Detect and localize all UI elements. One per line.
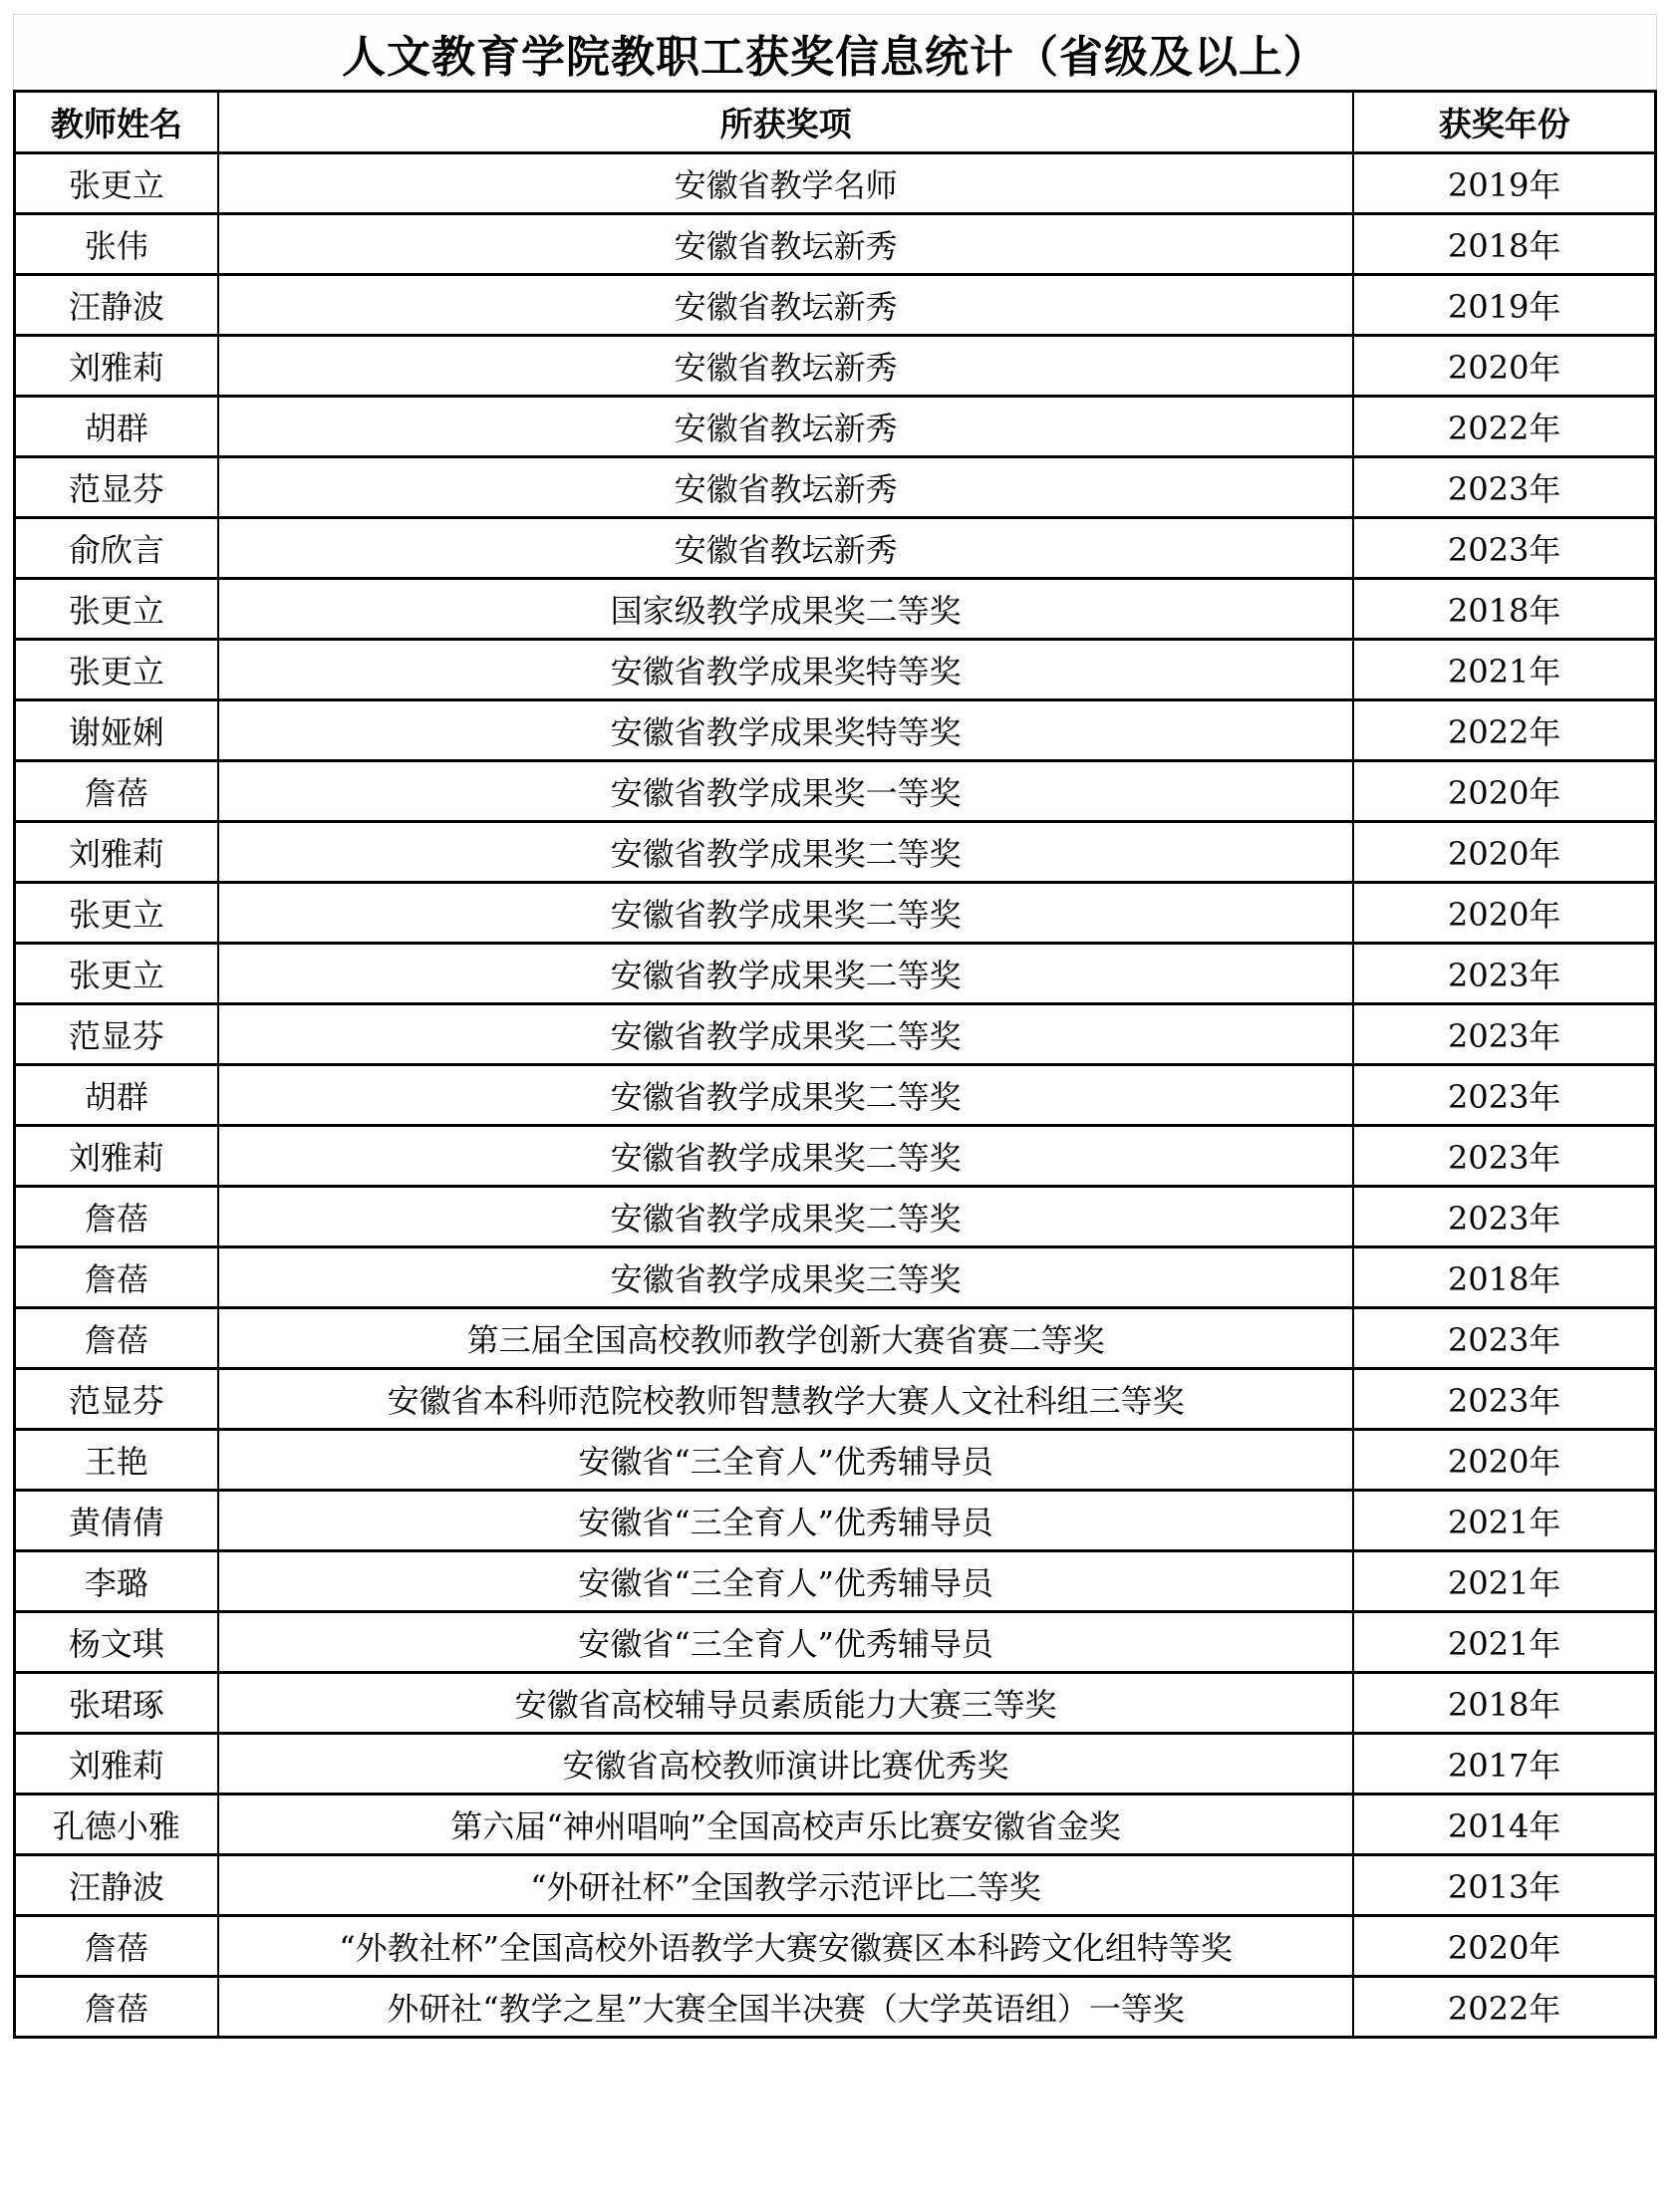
- table-body: 张更立 安徽省教学名师 2019年 张伟 安徽省教坛新秀 2018年 汪静波 安…: [15, 153, 1656, 2038]
- cell-year: 2018年: [1353, 1247, 1655, 1308]
- cell-year: 2021年: [1353, 640, 1655, 700]
- cell-year: 2013年: [1353, 1855, 1655, 1916]
- table-row: 范显芬 安徽省本科师范院校教师智慧教学大赛人文社科组三等奖 2023年: [15, 1369, 1656, 1430]
- cell-award: 国家级教学成果奖二等奖: [218, 579, 1354, 640]
- cell-teacher-name: 张更立: [15, 579, 218, 640]
- table-row: 刘雅莉 安徽省教学成果奖二等奖 2023年: [15, 1126, 1656, 1187]
- cell-teacher-name: 范显芬: [15, 457, 218, 518]
- cell-year: 2023年: [1353, 1065, 1655, 1126]
- cell-award: 安徽省高校教师演讲比赛优秀奖: [218, 1734, 1354, 1795]
- cell-award: 安徽省教学成果奖二等奖: [218, 944, 1354, 1004]
- table-row: 杨文琪 安徽省“三全育人”优秀辅导员 2021年: [15, 1612, 1656, 1673]
- table-row: 范显芬 安徽省教坛新秀 2023年: [15, 457, 1656, 518]
- cell-award: 安徽省教坛新秀: [218, 397, 1354, 457]
- cell-award: 安徽省教学名师: [218, 153, 1354, 214]
- cell-award: 安徽省本科师范院校教师智慧教学大赛人文社科组三等奖: [218, 1369, 1354, 1430]
- cell-year: 2020年: [1353, 336, 1655, 397]
- cell-year: 2023年: [1353, 518, 1655, 579]
- cell-teacher-name: 俞欣言: [15, 518, 218, 579]
- cell-year: 2023年: [1353, 1308, 1655, 1369]
- cell-award: 第三届全国高校教师教学创新大赛省赛二等奖: [218, 1308, 1354, 1369]
- cell-award: 安徽省教学成果奖特等奖: [218, 640, 1354, 700]
- table-row: 孔德小雅 第六届“神州唱响”全国高校声乐比赛安徽省金奖 2014年: [15, 1795, 1656, 1855]
- table-row: 张伟 安徽省教坛新秀 2018年: [15, 214, 1656, 275]
- cell-year: 2022年: [1353, 1977, 1655, 2038]
- cell-award: 安徽省教坛新秀: [218, 275, 1354, 336]
- cell-award: 安徽省教学成果奖二等奖: [218, 822, 1354, 883]
- cell-teacher-name: 张珺琢: [15, 1673, 218, 1734]
- table-row: 张更立 安徽省教学成果奖特等奖 2021年: [15, 640, 1656, 700]
- cell-award: 安徽省“三全育人”优秀辅导员: [218, 1612, 1354, 1673]
- table-row: 詹蓓 外研社“教学之星”大赛全国半决赛（大学英语组）一等奖 2022年: [15, 1977, 1656, 2038]
- cell-award: 安徽省教学成果奖三等奖: [218, 1247, 1354, 1308]
- table-row: 张更立 安徽省教学成果奖二等奖 2020年: [15, 883, 1656, 944]
- table-row: 谢娅娳 安徽省教学成果奖特等奖 2022年: [15, 700, 1656, 761]
- cell-award: 安徽省教坛新秀: [218, 336, 1354, 397]
- cell-year: 2020年: [1353, 1430, 1655, 1491]
- table-row: 詹蓓 安徽省教学成果奖一等奖 2020年: [15, 761, 1656, 822]
- cell-award: 安徽省教学成果奖特等奖: [218, 700, 1354, 761]
- cell-year: 2021年: [1353, 1491, 1655, 1551]
- cell-teacher-name: 汪静波: [15, 1855, 218, 1916]
- awards-table: 教师姓名 所获奖项 获奖年份 张更立 安徽省教学名师 2019年 张伟 安徽省教…: [13, 90, 1657, 2039]
- table-row: 张珺琢 安徽省高校辅导员素质能力大赛三等奖 2018年: [15, 1673, 1656, 1734]
- cell-teacher-name: 刘雅莉: [15, 336, 218, 397]
- cell-teacher-name: 张更立: [15, 944, 218, 1004]
- cell-year: 2019年: [1353, 275, 1655, 336]
- header-award: 所获奖项: [218, 92, 1354, 153]
- header-teacher-name: 教师姓名: [15, 92, 218, 153]
- awards-table-area: 人文教育学院教职工获奖信息统计（省级及以上） 教师姓名 所获奖项 获奖年份 张更…: [13, 14, 1657, 2039]
- table-row: 张更立 安徽省教学成果奖二等奖 2023年: [15, 944, 1656, 1004]
- cell-year: 2018年: [1353, 579, 1655, 640]
- cell-teacher-name: 汪静波: [15, 275, 218, 336]
- cell-year: 2021年: [1353, 1612, 1655, 1673]
- table-row: 刘雅莉 安徽省高校教师演讲比赛优秀奖 2017年: [15, 1734, 1656, 1795]
- cell-award: 安徽省教学成果奖二等奖: [218, 1126, 1354, 1187]
- table-row: 刘雅莉 安徽省教学成果奖二等奖 2020年: [15, 822, 1656, 883]
- cell-year: 2020年: [1353, 822, 1655, 883]
- cell-year: 2020年: [1353, 761, 1655, 822]
- cell-award: 第六届“神州唱响”全国高校声乐比赛安徽省金奖: [218, 1795, 1354, 1855]
- cell-year: 2020年: [1353, 883, 1655, 944]
- cell-award: 安徽省“三全育人”优秀辅导员: [218, 1491, 1354, 1551]
- cell-award: 安徽省教学成果奖二等奖: [218, 883, 1354, 944]
- table-row: 黄倩倩 安徽省“三全育人”优秀辅导员 2021年: [15, 1491, 1656, 1551]
- cell-year: 2017年: [1353, 1734, 1655, 1795]
- cell-year: 2020年: [1353, 1916, 1655, 1977]
- cell-teacher-name: 詹蓓: [15, 761, 218, 822]
- table-row: 李璐 安徽省“三全育人”优秀辅导员 2021年: [15, 1551, 1656, 1612]
- table-row: 俞欣言 安徽省教坛新秀 2023年: [15, 518, 1656, 579]
- cell-teacher-name: 詹蓓: [15, 1916, 218, 1977]
- cell-year: 2019年: [1353, 153, 1655, 214]
- cell-year: 2014年: [1353, 1795, 1655, 1855]
- table-row: 詹蓓 安徽省教学成果奖三等奖 2018年: [15, 1247, 1656, 1308]
- table-row: 王艳 安徽省“三全育人”优秀辅导员 2020年: [15, 1430, 1656, 1491]
- cell-year: 2023年: [1353, 1369, 1655, 1430]
- cell-year: 2023年: [1353, 944, 1655, 1004]
- table-row: 范显芬 安徽省教学成果奖二等奖 2023年: [15, 1004, 1656, 1065]
- cell-teacher-name: 刘雅莉: [15, 1734, 218, 1795]
- cell-teacher-name: 刘雅莉: [15, 1126, 218, 1187]
- cell-award: 安徽省“三全育人”优秀辅导员: [218, 1430, 1354, 1491]
- cell-award: 安徽省教学成果奖二等奖: [218, 1004, 1354, 1065]
- table-row: 詹蓓 安徽省教学成果奖二等奖 2023年: [15, 1187, 1656, 1247]
- cell-teacher-name: 詹蓓: [15, 1977, 218, 2038]
- cell-year: 2023年: [1353, 1004, 1655, 1065]
- cell-teacher-name: 张更立: [15, 640, 218, 700]
- cell-teacher-name: 张更立: [15, 153, 218, 214]
- cell-award: 安徽省教坛新秀: [218, 518, 1354, 579]
- cell-teacher-name: 胡群: [15, 397, 218, 457]
- header-year: 获奖年份: [1353, 92, 1655, 153]
- cell-year: 2023年: [1353, 457, 1655, 518]
- table-row: 张更立 安徽省教学名师 2019年: [15, 153, 1656, 214]
- cell-award: “外教社杯”全国高校外语教学大赛安徽赛区本科跨文化组特等奖: [218, 1916, 1354, 1977]
- table-row: 汪静波 “外研社杯”全国教学示范评比二等奖 2013年: [15, 1855, 1656, 1916]
- cell-teacher-name: 孔德小雅: [15, 1795, 218, 1855]
- cell-teacher-name: 詹蓓: [15, 1247, 218, 1308]
- cell-award: 外研社“教学之星”大赛全国半决赛（大学英语组）一等奖: [218, 1977, 1354, 2038]
- cell-teacher-name: 张伟: [15, 214, 218, 275]
- cell-year: 2022年: [1353, 397, 1655, 457]
- table-row: 胡群 安徽省教学成果奖二等奖 2023年: [15, 1065, 1656, 1126]
- cell-award: 安徽省教学成果奖一等奖: [218, 761, 1354, 822]
- page-title: 人文教育学院教职工获奖信息统计（省级及以上）: [13, 14, 1657, 90]
- cell-teacher-name: 胡群: [15, 1065, 218, 1126]
- table-row: 汪静波 安徽省教坛新秀 2019年: [15, 275, 1656, 336]
- cell-award: 安徽省“三全育人”优秀辅导员: [218, 1551, 1354, 1612]
- table-row: 詹蓓 “外教社杯”全国高校外语教学大赛安徽赛区本科跨文化组特等奖 2020年: [15, 1916, 1656, 1977]
- cell-award: “外研社杯”全国教学示范评比二等奖: [218, 1855, 1354, 1916]
- table-row: 张更立 国家级教学成果奖二等奖 2018年: [15, 579, 1656, 640]
- cell-teacher-name: 范显芬: [15, 1369, 218, 1430]
- cell-teacher-name: 刘雅莉: [15, 822, 218, 883]
- cell-teacher-name: 詹蓓: [15, 1187, 218, 1247]
- cell-award: 安徽省高校辅导员素质能力大赛三等奖: [218, 1673, 1354, 1734]
- cell-teacher-name: 杨文琪: [15, 1612, 218, 1673]
- table-row: 詹蓓 第三届全国高校教师教学创新大赛省赛二等奖 2023年: [15, 1308, 1656, 1369]
- cell-teacher-name: 王艳: [15, 1430, 218, 1491]
- cell-award: 安徽省教学成果奖二等奖: [218, 1187, 1354, 1247]
- cell-year: 2023年: [1353, 1187, 1655, 1247]
- cell-teacher-name: 詹蓓: [15, 1308, 218, 1369]
- table-row: 刘雅莉 安徽省教坛新秀 2020年: [15, 336, 1656, 397]
- cell-year: 2022年: [1353, 700, 1655, 761]
- cell-teacher-name: 黄倩倩: [15, 1491, 218, 1551]
- cell-teacher-name: 张更立: [15, 883, 218, 944]
- cell-award: 安徽省教学成果奖二等奖: [218, 1065, 1354, 1126]
- cell-year: 2018年: [1353, 1673, 1655, 1734]
- cell-teacher-name: 谢娅娳: [15, 700, 218, 761]
- table-row: 胡群 安徽省教坛新秀 2022年: [15, 397, 1656, 457]
- cell-year: 2023年: [1353, 1126, 1655, 1187]
- cell-teacher-name: 李璐: [15, 1551, 218, 1612]
- cell-award: 安徽省教坛新秀: [218, 214, 1354, 275]
- cell-year: 2021年: [1353, 1551, 1655, 1612]
- spreadsheet-page: 人文教育学院教职工获奖信息统计（省级及以上） 教师姓名 所获奖项 获奖年份 张更…: [0, 0, 1670, 2212]
- cell-year: 2018年: [1353, 214, 1655, 275]
- table-header-row: 教师姓名 所获奖项 获奖年份: [15, 92, 1656, 153]
- cell-teacher-name: 范显芬: [15, 1004, 218, 1065]
- cell-award: 安徽省教坛新秀: [218, 457, 1354, 518]
